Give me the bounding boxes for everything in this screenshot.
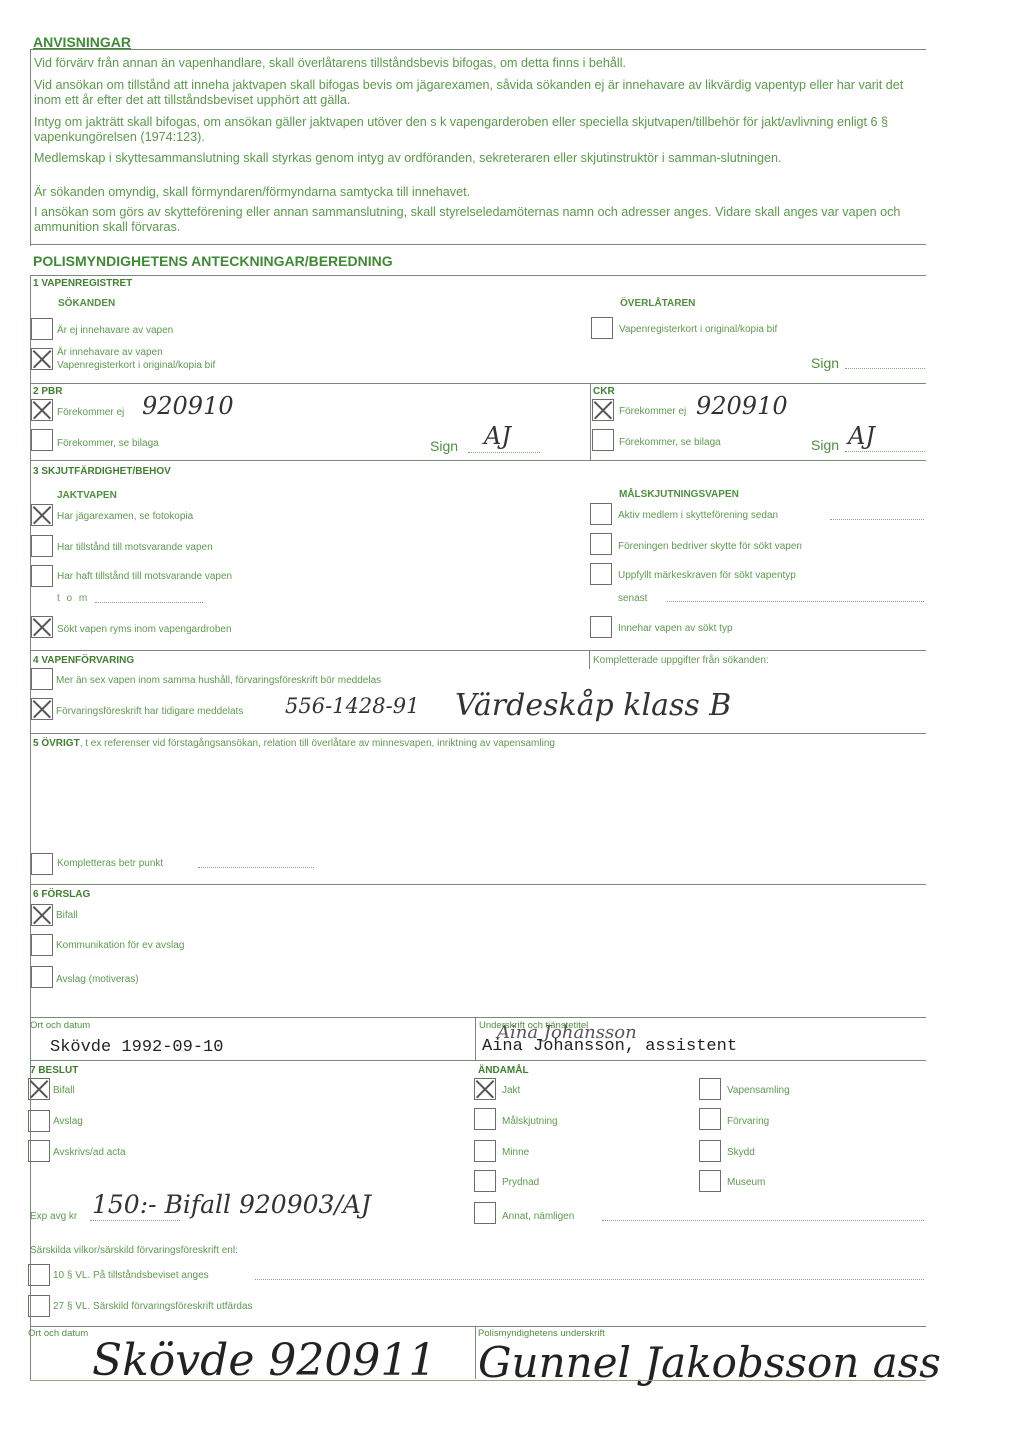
divider [475,1327,476,1379]
section-5-title: 5 ÖVRIGT, t ex referenser vid förstagång… [33,738,555,749]
transferor-title: ÖVERLÅTAREN [620,298,695,309]
checkbox-label: Jakt [502,1085,520,1096]
condition-field[interactable] [255,1279,924,1280]
checkbox-badge-requirements[interactable] [590,563,612,585]
instruction-6: I ansökan som görs av skytteförening ell… [34,205,924,235]
divider [589,651,590,669]
checkbox-purpose-other[interactable] [474,1202,496,1224]
senast-field[interactable] [667,601,924,602]
handwritten-place-date: Skövde 920911 [92,1335,436,1386]
checkbox-has-weapon-type[interactable] [590,616,612,638]
checkbox-purpose-hunting[interactable] [474,1078,496,1100]
checkbox-label: Kommunikation för ev avslag [56,940,184,951]
checkbox-label: Avskrivs/ad acta [53,1147,126,1158]
other-purpose-field[interactable] [602,1220,924,1221]
handwritten-initials: AJ [484,422,511,450]
checkbox-purpose-protection[interactable] [699,1140,721,1162]
handwritten-date: 920910 [696,392,788,420]
tom-field[interactable] [95,602,203,603]
divider [30,884,926,885]
hunting-title: JAKTVAPEN [57,490,117,501]
section-6-title: 6 FÖRSLAG [33,889,90,900]
section-2-title: 2 PBR [33,386,62,397]
divider [30,650,926,651]
section-5-subtitle: , t ex referenser vid förstagångsansökan… [80,738,555,749]
divider [30,275,926,276]
divider [475,1018,476,1060]
checkbox-label: 27 § VL. Särskild förvaringsföreskrift u… [53,1301,253,1312]
checkbox-label: Aktiv medlem i skytteförening sedan [618,510,778,521]
applicant-title: SÖKANDEN [58,298,115,309]
checkbox-purpose-target[interactable] [474,1108,496,1130]
checkbox-active-member[interactable] [590,503,612,525]
checkbox-label: Avslag [53,1116,83,1127]
checkbox-label: Har haft tillstånd till motsvarande vape… [57,571,232,582]
place-date-label: Ort och datum [30,1020,90,1031]
divider [30,1380,926,1381]
checkbox-label: Förvaringsföreskrift har tidigare meddel… [56,706,243,717]
checkbox-label: Mer än sex vapen inom samma hushåll, för… [56,675,381,686]
instruction-1: Vid förvärv från annan än vapenhandlare,… [34,56,924,71]
checkbox-label: Innehar vapen av sökt typ [618,623,733,634]
fee-field[interactable] [90,1220,180,1221]
divider [30,1017,926,1018]
divider [30,50,31,246]
checkbox-label: Avslag (motiveras) [56,974,139,985]
checkbox-has-permit[interactable] [31,535,53,557]
purpose-title: ÄNDAMÅL [478,1065,529,1076]
checkbox-purpose-collection[interactable] [699,1078,721,1100]
checkbox-pbr-not-found[interactable] [31,399,53,421]
checkbox-club-shooting[interactable] [590,533,612,555]
checkbox-label: Annat, nämligen [502,1211,574,1222]
conditions-label: Särskilda vilkor/särskild förvaringsföre… [30,1245,238,1256]
signature-typed[interactable]: Aina Johansson, assistent [482,1037,737,1056]
sign-line[interactable] [468,452,540,453]
divider [30,244,926,245]
sign-label: Sign [811,355,839,371]
checkbox-label: Vapenregisterkort i original/kopia bif [619,324,777,335]
divider [30,733,926,734]
instruction-5: Är sökanden omyndig, skall förmyndaren/f… [34,185,924,200]
supplement-label: Kompletterade uppgifter från sökanden: [593,655,769,666]
checkbox-label: Kompletteras betr punkt [57,858,163,869]
checkbox-label: Förekommer, se bilaga [57,438,159,449]
place-date-label: Ort och datum [28,1328,88,1339]
checkbox-label: Målskjutning [502,1116,558,1127]
section-3-title: 3 SKJUTFÄRDIGHET/BEHOV [33,466,171,477]
checkbox-decision-dismiss[interactable] [28,1140,50,1162]
checkbox-label: Bifall [56,910,78,921]
checkbox-condition-27[interactable] [28,1295,50,1317]
divider [30,460,926,461]
divider [30,1060,926,1061]
checkbox-transferor-card[interactable] [591,317,613,339]
instructions-title: ANVISNINGAR [33,34,131,50]
checkbox-purpose-decoration[interactable] [474,1170,496,1192]
checkbox-label: Har tillstånd till motsvarande vapen [57,542,213,553]
checkbox-purpose-storage[interactable] [699,1108,721,1130]
tom-label: t o m [57,593,89,604]
checkbox-more-than-six[interactable] [31,668,53,690]
checkbox-label: Är innehavare av vapen [57,347,163,358]
checkbox-complete[interactable] [31,853,53,875]
sign-label: Sign [430,438,458,454]
member-since-field[interactable] [830,519,924,520]
section-5-heading: 5 ÖVRIGT [33,738,80,749]
checkbox-purpose-memory[interactable] [474,1140,496,1162]
checkbox-decision-reject[interactable] [28,1110,50,1132]
target-title: MÅLSKJUTNINGSVAPEN [619,489,739,500]
handwritten-initials: AJ [848,422,875,450]
checkbox-label: Föreningen bedriver skytte för sökt vape… [618,541,802,552]
section-7-title: 7 BESLUT [30,1065,78,1076]
checkbox-label: Förekommer, se bilaga [619,437,721,448]
sign-label: Sign [811,437,839,453]
checkbox-proposal-reject[interactable] [31,966,53,988]
checkbox-label: Förekommer ej [57,407,124,418]
checkbox-label: 10 § VL. På tillståndsbeviset anges [53,1270,209,1281]
place-date-value[interactable]: Skövde 1992-09-10 [50,1038,223,1057]
checkbox-label: Vapensamling [727,1085,790,1096]
checkbox-label: Skydd [727,1147,755,1158]
checkbox-label: Är ej innehavare av vapen [57,325,173,336]
checkbox-proposal-approve[interactable] [31,904,53,926]
sign-line[interactable] [845,368,925,369]
checkbox-label: Uppfyllt märkeskraven för sökt vapentyp [618,570,796,581]
checkbox-is-holder[interactable] [31,348,53,370]
divider [30,49,926,50]
divider [30,1326,926,1327]
ckr-title: CKR [593,386,615,397]
checkbox-label: Minne [502,1147,529,1158]
handwritten-fee: 150:- Bifall 920903/AJ [92,1190,371,1219]
checkbox-not-holder[interactable] [31,318,53,340]
checkbox-condition-10[interactable] [28,1264,50,1286]
police-section-title: POLISMYNDIGHETENS ANTECKNINGAR/BEREDNING [33,253,393,269]
handwritten-safe-note: Värdeskåp klass B [455,688,731,723]
section-4-title: 4 VAPENFÖRVARING [33,655,134,666]
handwritten-date: 920910 [142,392,234,420]
section-1-title: 1 VAPENREGISTRET [33,278,132,289]
instruction-2: Vid ansökan om tillstånd att inneha jakt… [34,78,924,108]
checkbox-storage-issued[interactable] [31,698,53,720]
divider [30,383,926,384]
checkbox-had-permit[interactable] [31,565,53,587]
checkbox-decision-approve[interactable] [28,1078,50,1100]
checkbox-label: Bifall [53,1085,75,1096]
checkbox-label: Förekommer ej [619,406,686,417]
checkbox-label: Sökt vapen ryms inom vapengardroben [57,624,232,635]
checkbox-hunting-exam[interactable] [31,504,53,526]
checkbox-proposal-communication[interactable] [31,934,53,956]
checkbox-label: Museum [727,1177,765,1188]
fee-label: Exp avg kr [30,1211,77,1222]
divider [590,384,591,460]
complete-point-field[interactable] [198,867,314,868]
checkbox-pbr-found[interactable] [31,429,53,451]
checkbox-ckr-found[interactable] [592,429,614,451]
checkbox-label: Vapenregisterkort i original/kopia bif [57,360,215,371]
checkbox-label: Förvaring [727,1116,769,1127]
senast-label: senast [618,593,647,604]
instruction-3: Intyg om jakträtt skall bifogas, om ansö… [34,115,924,145]
checkbox-purpose-museum[interactable] [699,1170,721,1192]
instruction-4: Medlemskap i skyttesammanslutning skall … [34,151,924,166]
checkbox-wardrobe[interactable] [31,616,53,638]
sign-line[interactable] [845,451,925,452]
checkbox-label: Har jägarexamen, se fotokopia [57,511,193,522]
checkbox-ckr-not-found[interactable] [592,399,614,421]
checkbox-label: Prydnad [502,1177,539,1188]
handwritten-reference: 556-1428-91 [285,694,419,718]
